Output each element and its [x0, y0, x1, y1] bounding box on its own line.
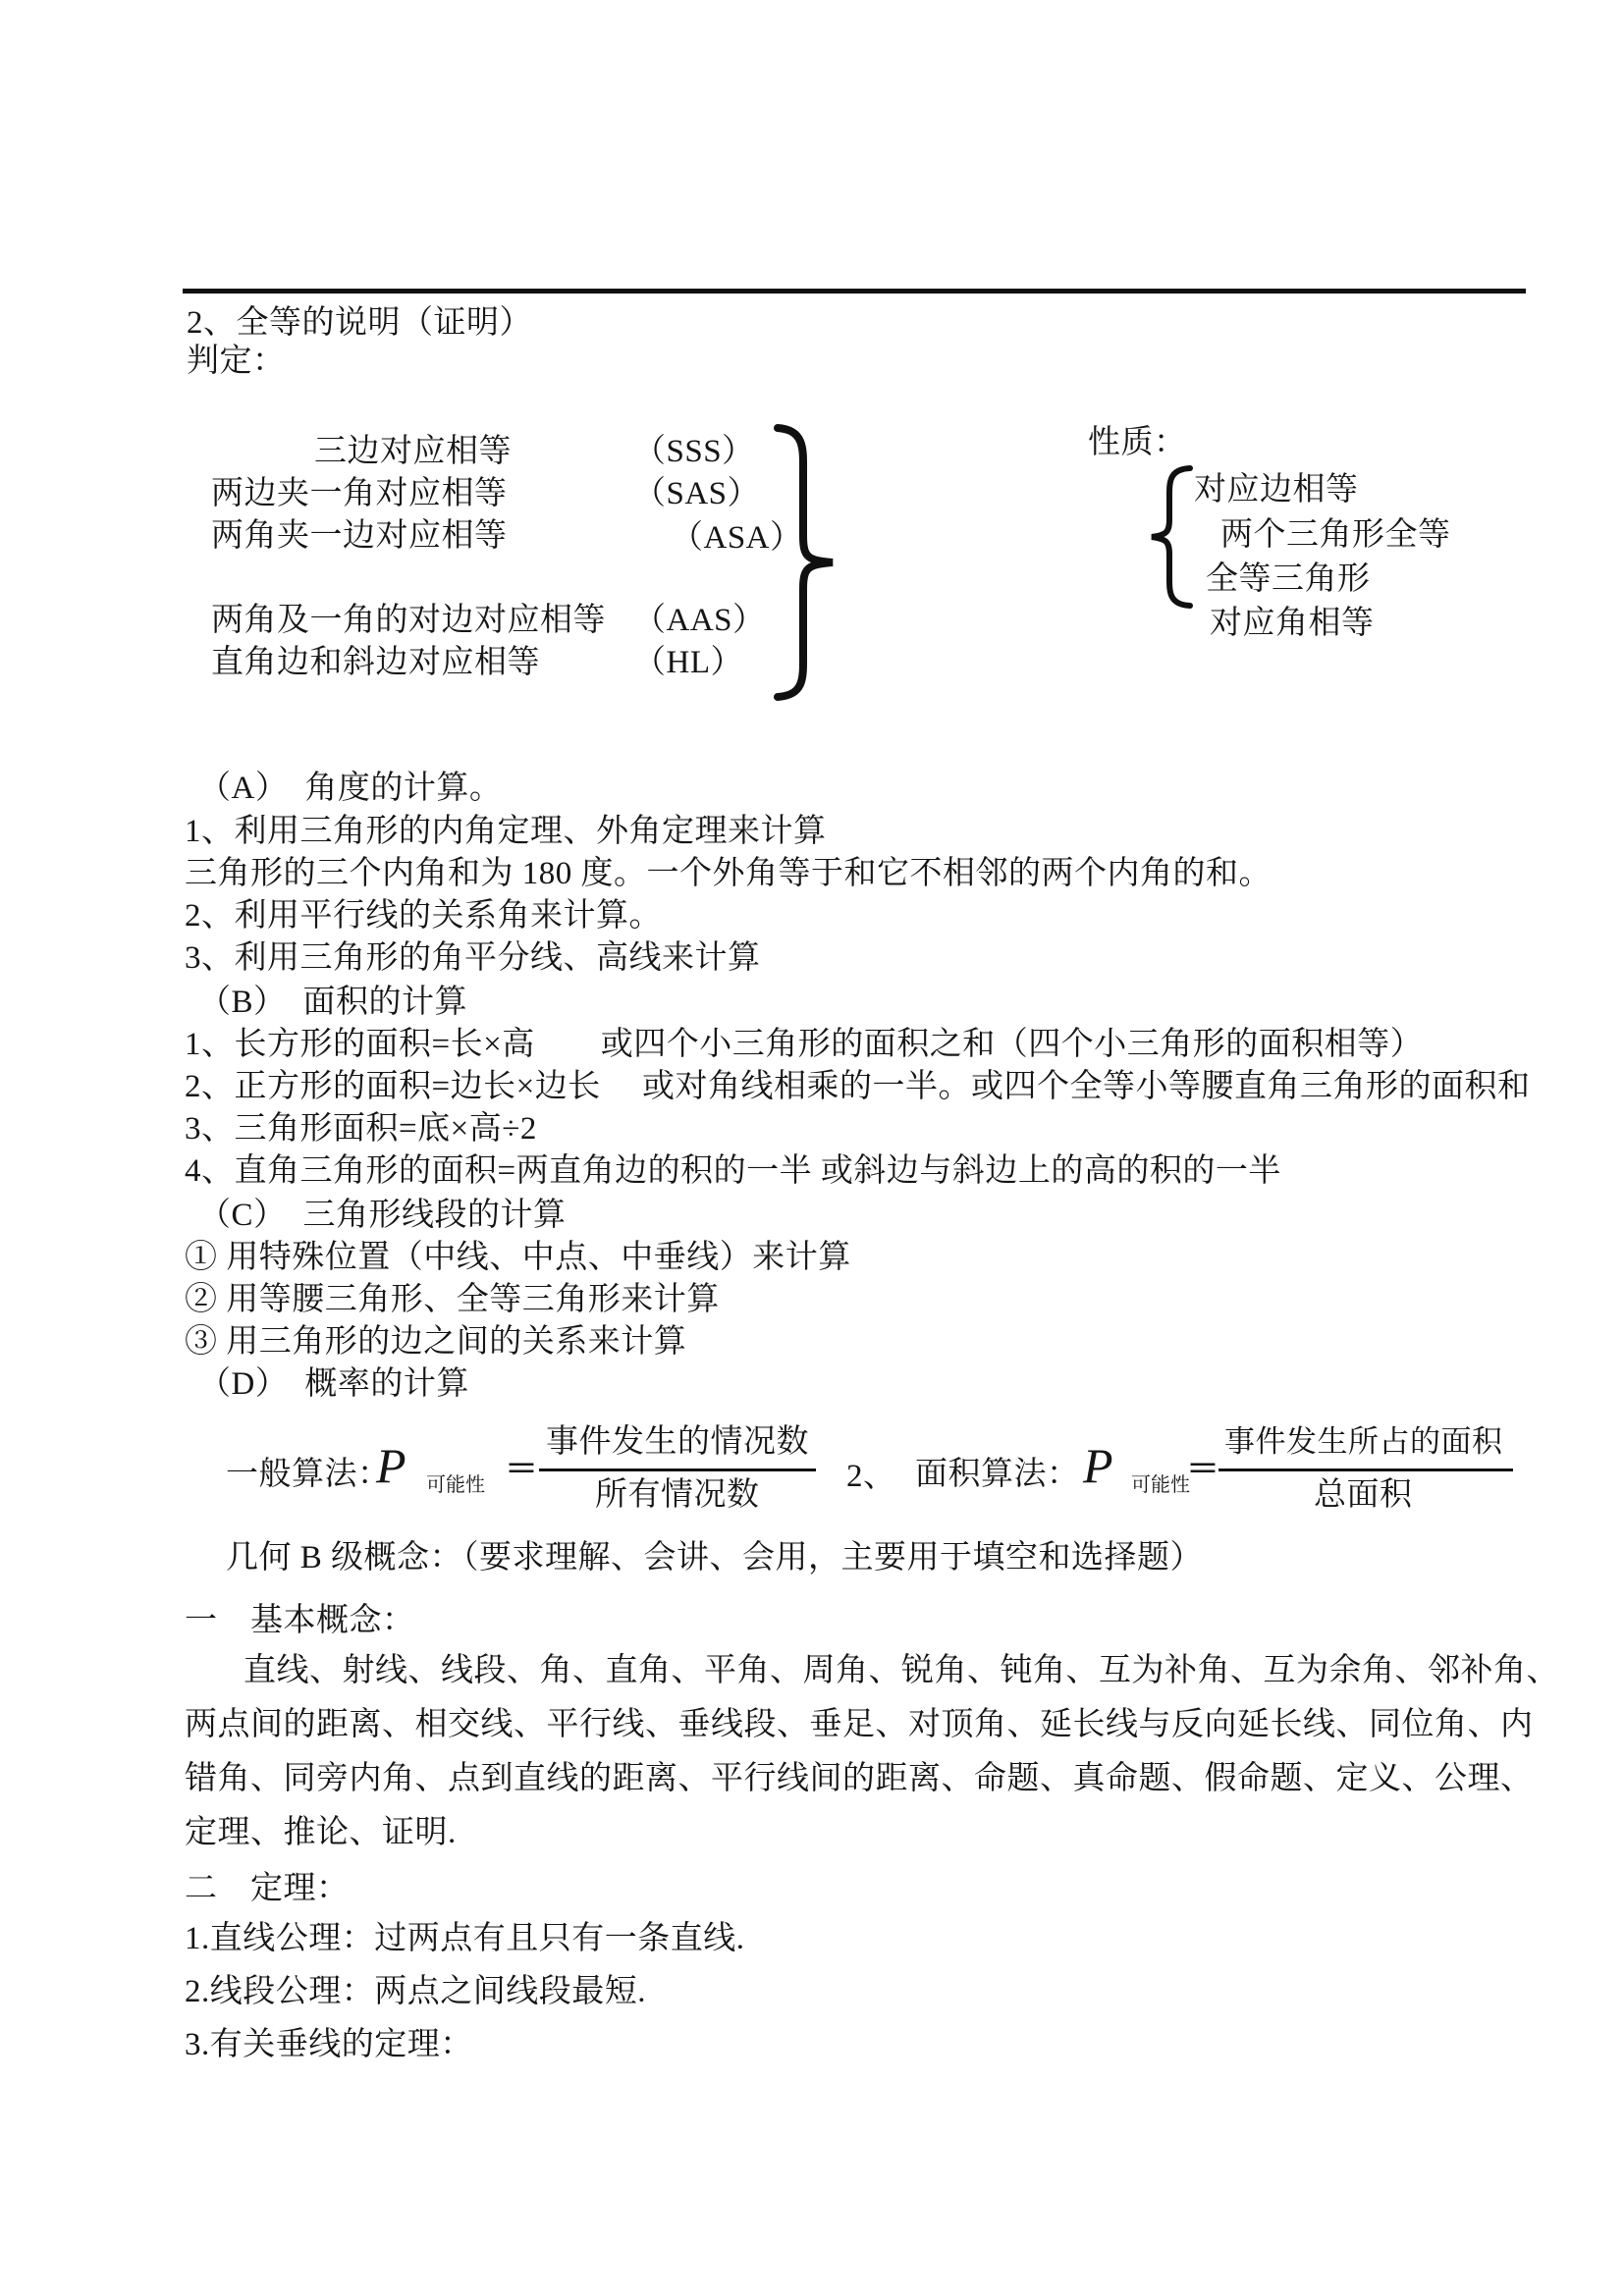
- theorem-line: 3.有关垂线的定理：: [185, 2028, 473, 2061]
- section-heading: 2、全等的说明（证明）: [187, 306, 532, 340]
- section-a-title: （A） 角度的计算。: [198, 772, 502, 805]
- judgment-row-text: 直角边和斜边对应相等: [211, 646, 540, 679]
- left-curly-brace-icon: [1139, 463, 1198, 611]
- section-a-line: 3、利用三角形的角平分线、高线来计算: [185, 941, 761, 975]
- fraction-bar: [1218, 1468, 1513, 1471]
- section-b-line: 4、直角三角形的面积=两直角边的积的一半 或斜边与斜边上的高的积的一半: [185, 1154, 1281, 1188]
- property-item: 对应角相等: [1210, 607, 1375, 640]
- equals-sign: ＝: [1186, 1454, 1219, 1487]
- property-item: 全等三角形: [1206, 562, 1371, 596]
- judgment-row-text: 三边对应相等: [314, 435, 512, 468]
- section-a-line: 三角形的三个内角和为 180 度。一个外角等于和它不相邻的两个内角的和。: [185, 857, 1272, 890]
- judgment-row-tag: （AAS）: [633, 604, 766, 637]
- concepts-heading: 几何 B 级概念：（要求理解、会讲、会用，主要用于填空和选择题）: [226, 1541, 1203, 1575]
- section-c-title: （C） 三角形线段的计算: [198, 1199, 567, 1232]
- area-formula-denominator: 总面积: [1314, 1478, 1413, 1512]
- section-b-line: 1、长方形的面积=长×高 或四个小三角形的面积之和（四个小三角形的面积相等）: [185, 1028, 1423, 1061]
- theorem-line: 2.线段公理：两点之间线段最短.: [185, 1975, 646, 2008]
- general-formula-numerator: 事件发生的情况数: [546, 1425, 809, 1459]
- property-item: 两个三角形全等: [1220, 518, 1451, 552]
- properties-label: 性质：: [1088, 426, 1187, 459]
- section-c-line: ① 用特殊位置（中线、中点、中垂线）来计算: [185, 1241, 851, 1274]
- judgment-label: 判定：: [187, 345, 286, 378]
- section-b-title: （B） 面积的计算: [198, 986, 467, 1019]
- right-curly-brace-icon: [768, 420, 846, 701]
- probability-symbol: P: [376, 1441, 406, 1490]
- general-formula-denominator: 所有情况数: [595, 1478, 760, 1512]
- document-page: 2、全等的说明（证明） 判定： 三边对应相等 （SSS） 两边夹一角对应相等 （…: [0, 0, 1624, 2296]
- concepts-paragraph-line: 错角、同旁内角、点到直线的距离、平行线间的距离、命题、真命题、假命题、定义、公理…: [185, 1762, 1534, 1795]
- general-formula-label: 一般算法：: [226, 1458, 391, 1491]
- concepts-paragraph-line: 定理、推论、证明.: [185, 1816, 457, 1849]
- theorem-line: 1.直线公理：过两点有且只有一条直线.: [185, 1922, 745, 1955]
- probability-symbol: P: [1083, 1441, 1113, 1490]
- concepts-paragraph-line: 直线、射线、线段、角、直角、平角、周角、锐角、钝角、互为补角、互为余角、邻补角、: [244, 1654, 1559, 1687]
- section-c-line: ③ 用三角形的边之间的关系来计算: [185, 1325, 686, 1359]
- probability-subscript: 可能性: [426, 1475, 485, 1495]
- judgment-row-text: 两角及一角的对边对应相等: [211, 604, 606, 637]
- probability-subscript: 可能性: [1131, 1475, 1190, 1495]
- area-formula-numerator: 事件发生所占的面积: [1224, 1425, 1503, 1459]
- section-a-line: 1、利用三角形的内角定理、外角定理来计算: [185, 815, 827, 848]
- fraction-bar: [539, 1468, 816, 1471]
- theorems-label: 二 定理：: [185, 1872, 350, 1905]
- basic-concepts-label: 一 基本概念：: [185, 1604, 415, 1637]
- section-b-line: 2、正方形的面积=边长×边长 或对角线相乘的一半。或四个全等小等腰直角三角形的面…: [185, 1070, 1530, 1103]
- judgment-row-tag: （SSS）: [633, 435, 755, 468]
- property-item: 对应边相等: [1194, 473, 1359, 507]
- section-c-line: ② 用等腰三角形、全等三角形来计算: [185, 1283, 720, 1316]
- section-b-line: 3、三角形面积=底×高÷2: [185, 1112, 537, 1146]
- equals-sign: ＝: [505, 1454, 538, 1487]
- judgment-row-text: 两角夹一边对应相等: [211, 519, 508, 553]
- section-d-title: （D） 概率的计算: [198, 1367, 469, 1401]
- concepts-paragraph-line: 两点间的距离、相交线、平行线、垂线段、垂足、对顶角、延长线与反向延长线、同位角、…: [185, 1708, 1534, 1741]
- judgment-row-text: 两边夹一角对应相等: [211, 477, 508, 510]
- judgment-row-tag: （SAS）: [633, 477, 760, 510]
- formula-separator: 2、: [846, 1460, 896, 1493]
- area-formula-label: 面积算法：: [915, 1458, 1080, 1491]
- section-a-line: 2、利用平行线的关系角来计算。: [185, 899, 662, 933]
- header-rule: [183, 289, 1526, 294]
- judgment-row-tag: （HL）: [633, 646, 743, 679]
